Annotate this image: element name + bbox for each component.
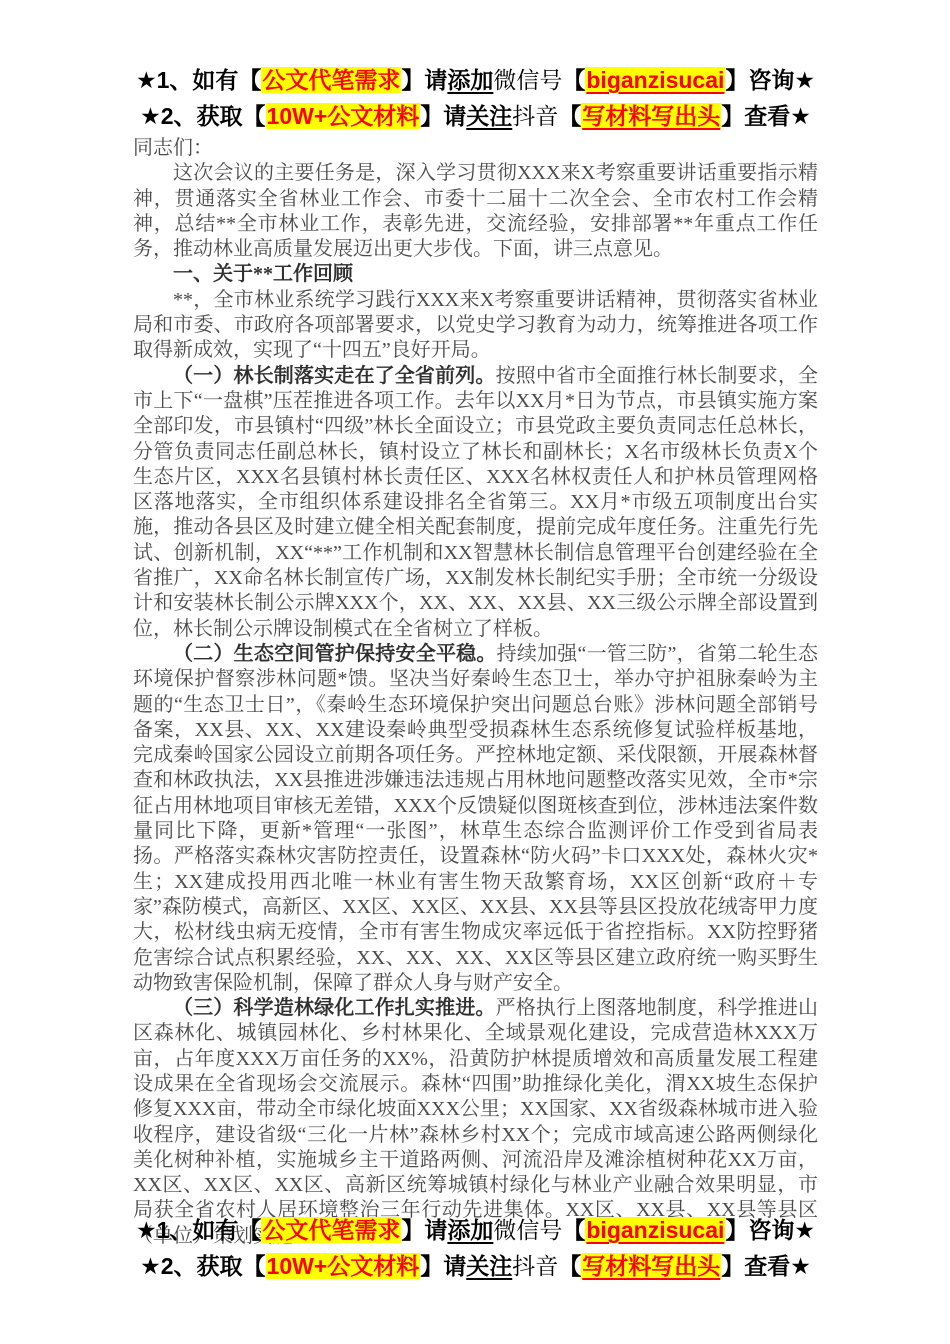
- promo-footer-line-2: ★2、获取【10W+公文材料】请关注抖音【写材料写出头】查看★: [133, 1248, 818, 1284]
- sub-paragraph-3-lead: （三）科学造林绿化工作扎实推进。: [173, 997, 496, 1019]
- promo-add-underline: 添加: [447, 1217, 493, 1243]
- promo-wechat-label: 微信号: [493, 67, 562, 93]
- promo-prefix: ★2、获取【: [140, 103, 265, 129]
- promo-mid: 】请: [420, 103, 466, 129]
- promo-douyin-id: 写材料写出头: [581, 1253, 721, 1279]
- promo-bracket: 【: [558, 1253, 581, 1279]
- salutation: 同志们：: [133, 136, 818, 161]
- promo-bracket: 【: [562, 67, 585, 93]
- promo-footer-line-1: ★1、如有【公文代笔需求】请添加微信号【biganzisucai】咨询★: [133, 1212, 818, 1248]
- promo-highlight-service: 公文代笔需求: [261, 1217, 401, 1243]
- document-page: ★1、如有【公文代笔需求】请添加微信号【biganzisucai】咨询★ ★2、…: [0, 0, 950, 1344]
- promo-header-line-2: ★2、获取【10W+公文材料】请关注抖音【写材料写出头】查看★: [133, 98, 818, 134]
- promo-suffix: 】查看★: [721, 1253, 811, 1279]
- intro-paragraph: 这次会议的主要任务是，深入学习贯彻XXX来X考察重要讲话重要指示精神，贯通落实全…: [133, 161, 818, 262]
- promo-add-underline: 添加: [447, 67, 493, 93]
- sub-paragraph-1-lead: （一）林长制落实走在了全省前列。: [173, 365, 496, 387]
- promo-header: ★1、如有【公文代笔需求】请添加微信号【biganzisucai】咨询★ ★2、…: [133, 62, 818, 134]
- promo-highlight-materials: 10W+公文材料: [266, 103, 421, 129]
- promo-suffix: 】查看★: [721, 103, 811, 129]
- promo-douyin-id: 写材料写出头: [581, 103, 721, 129]
- promo-footer: ★1、如有【公文代笔需求】请添加微信号【biganzisucai】咨询★ ★2、…: [133, 1212, 818, 1284]
- sub-paragraph-3-text: 严格执行上图落地制度，科学推进山区森林化、城镇园林化、乡村林果化、全域景观化建设…: [133, 997, 818, 1247]
- promo-suffix: 】咨询★: [725, 67, 815, 93]
- promo-highlight-service: 公文代笔需求: [261, 67, 401, 93]
- promo-header-line-1: ★1、如有【公文代笔需求】请添加微信号【biganzisucai】咨询★: [133, 62, 818, 98]
- promo-mid: 】请: [420, 1253, 466, 1279]
- promo-douyin-label: 抖音: [512, 1253, 558, 1279]
- promo-suffix: 】咨询★: [725, 1217, 815, 1243]
- promo-bracket: 【: [558, 103, 581, 129]
- document-body: 同志们： 这次会议的主要任务是，深入学习贯彻XXX来X考察重要讲话重要指示精神，…: [133, 136, 818, 1249]
- promo-wechat-id: biganzisucai: [585, 67, 725, 93]
- promo-follow-underline: 关注: [466, 103, 512, 129]
- promo-wechat-id: biganzisucai: [585, 1217, 725, 1243]
- promo-bracket: 【: [562, 1217, 585, 1243]
- promo-prefix: ★1、如有【: [136, 1217, 261, 1243]
- promo-prefix: ★2、获取【: [140, 1253, 265, 1279]
- section-1-title: 一、关于**工作回顾: [133, 262, 818, 287]
- promo-highlight-materials: 10W+公文材料: [266, 1253, 421, 1279]
- promo-mid: 】请: [401, 1217, 447, 1243]
- promo-prefix: ★1、如有【: [136, 67, 261, 93]
- sub-paragraph-1-text: 按照中省市全面推行林长制要求，全市上下“一盘棋”压茬推进各项工作。去年以XX月*…: [133, 365, 818, 640]
- promo-follow-underline: 关注: [466, 1253, 512, 1279]
- promo-mid: 】请: [401, 67, 447, 93]
- sub-paragraph-1: （一）林长制落实走在了全省前列。按照中省市全面推行林长制要求，全市上下“一盘棋”…: [133, 364, 818, 642]
- promo-douyin-label: 抖音: [512, 103, 558, 129]
- sub-paragraph-2-lead: （二）生态空间管护保持安全平稳。: [173, 643, 497, 665]
- sub-paragraph-2-text: 持续加强“一管三防”，省第二轮生态环境保护督察涉林问题*馈。坚决当好秦岭生态卫士…: [133, 643, 818, 994]
- section-1-intro: **，全市林业系统学习践行XXX来X考察重要讲话精神，贯彻落实省林业局和市委、市…: [133, 288, 818, 364]
- promo-wechat-label: 微信号: [493, 1217, 562, 1243]
- sub-paragraph-2: （二）生态空间管护保持安全平稳。持续加强“一管三防”，省第二轮生态环境保护督察涉…: [133, 642, 818, 996]
